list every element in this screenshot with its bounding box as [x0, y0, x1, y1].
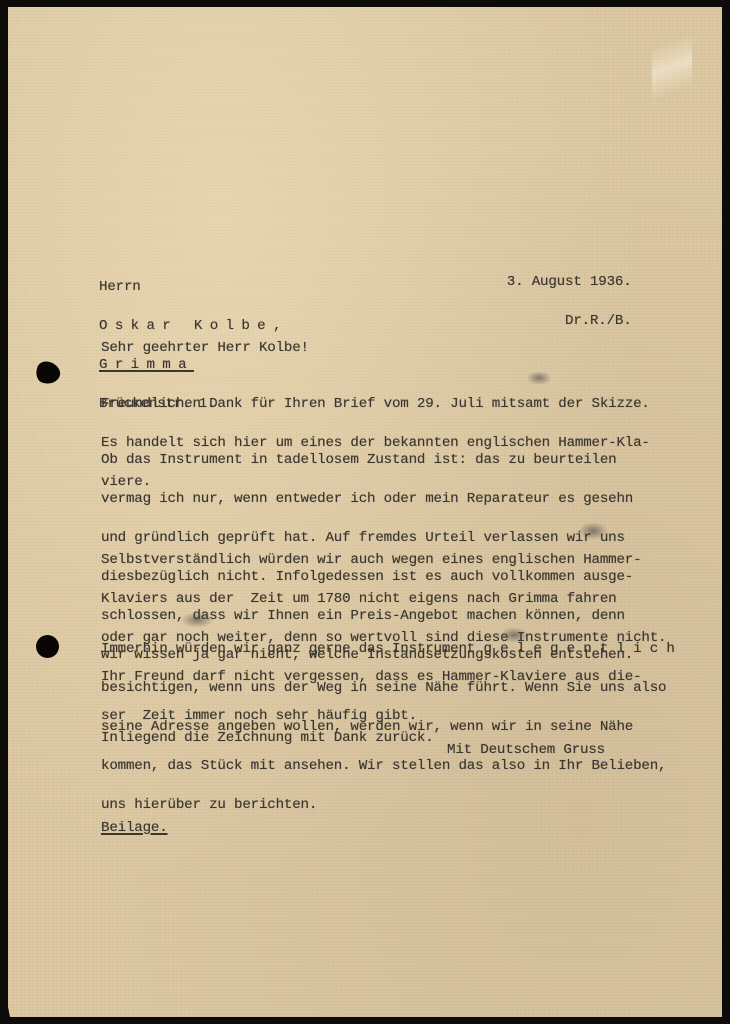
- scan-frame: Herrn Oskar Kolbe, Grimma Brückenstr. 1.…: [0, 0, 730, 1024]
- text-line: Selbstverständlich würden wir auch wegen…: [101, 554, 666, 567]
- punch-hole-bottom: [36, 635, 59, 658]
- text-line: uns hierüber zu berichten.: [101, 799, 675, 812]
- letter-date: 3. August 1936.: [505, 276, 632, 289]
- closing: Mit Deutschem Gruss: [447, 744, 605, 757]
- text-line: Immerhin würden wir ganz gerne das Instr…: [101, 643, 675, 656]
- salutation: Sehr geehrter Herr Kolbe!: [101, 342, 309, 355]
- text-line: Klaviers aus der Zeit um 1780 nicht eige…: [101, 593, 666, 606]
- recipient-city: Grimma: [99, 359, 289, 372]
- paper-crease: [652, 7, 692, 127]
- text-line: Ob das Instrument in tadellosem Zustand …: [101, 454, 633, 467]
- text-line: Inliegend die Zeichnung mit Dank zurück.: [101, 732, 434, 745]
- recipient-name: Oskar Kolbe,: [99, 320, 289, 333]
- enclosure-label: Beilage.: [101, 822, 168, 835]
- recipient-salutation-line: Herrn: [99, 281, 289, 294]
- text-line: Freundlichen Dank für Ihren Brief vom 29…: [101, 398, 650, 411]
- date-reference-block: 3. August 1936. Dr.R./B.: [505, 250, 632, 354]
- text-line: vermag ich nur, wenn entweder ich oder m…: [101, 493, 633, 506]
- letter-reference: Dr.R./B.: [505, 315, 632, 328]
- paragraph-enclosure-note: Inliegend die Zeichnung mit Dank zurück.: [101, 706, 434, 771]
- text-line: besichtigen, wenn uns der Weg in seine N…: [101, 682, 675, 695]
